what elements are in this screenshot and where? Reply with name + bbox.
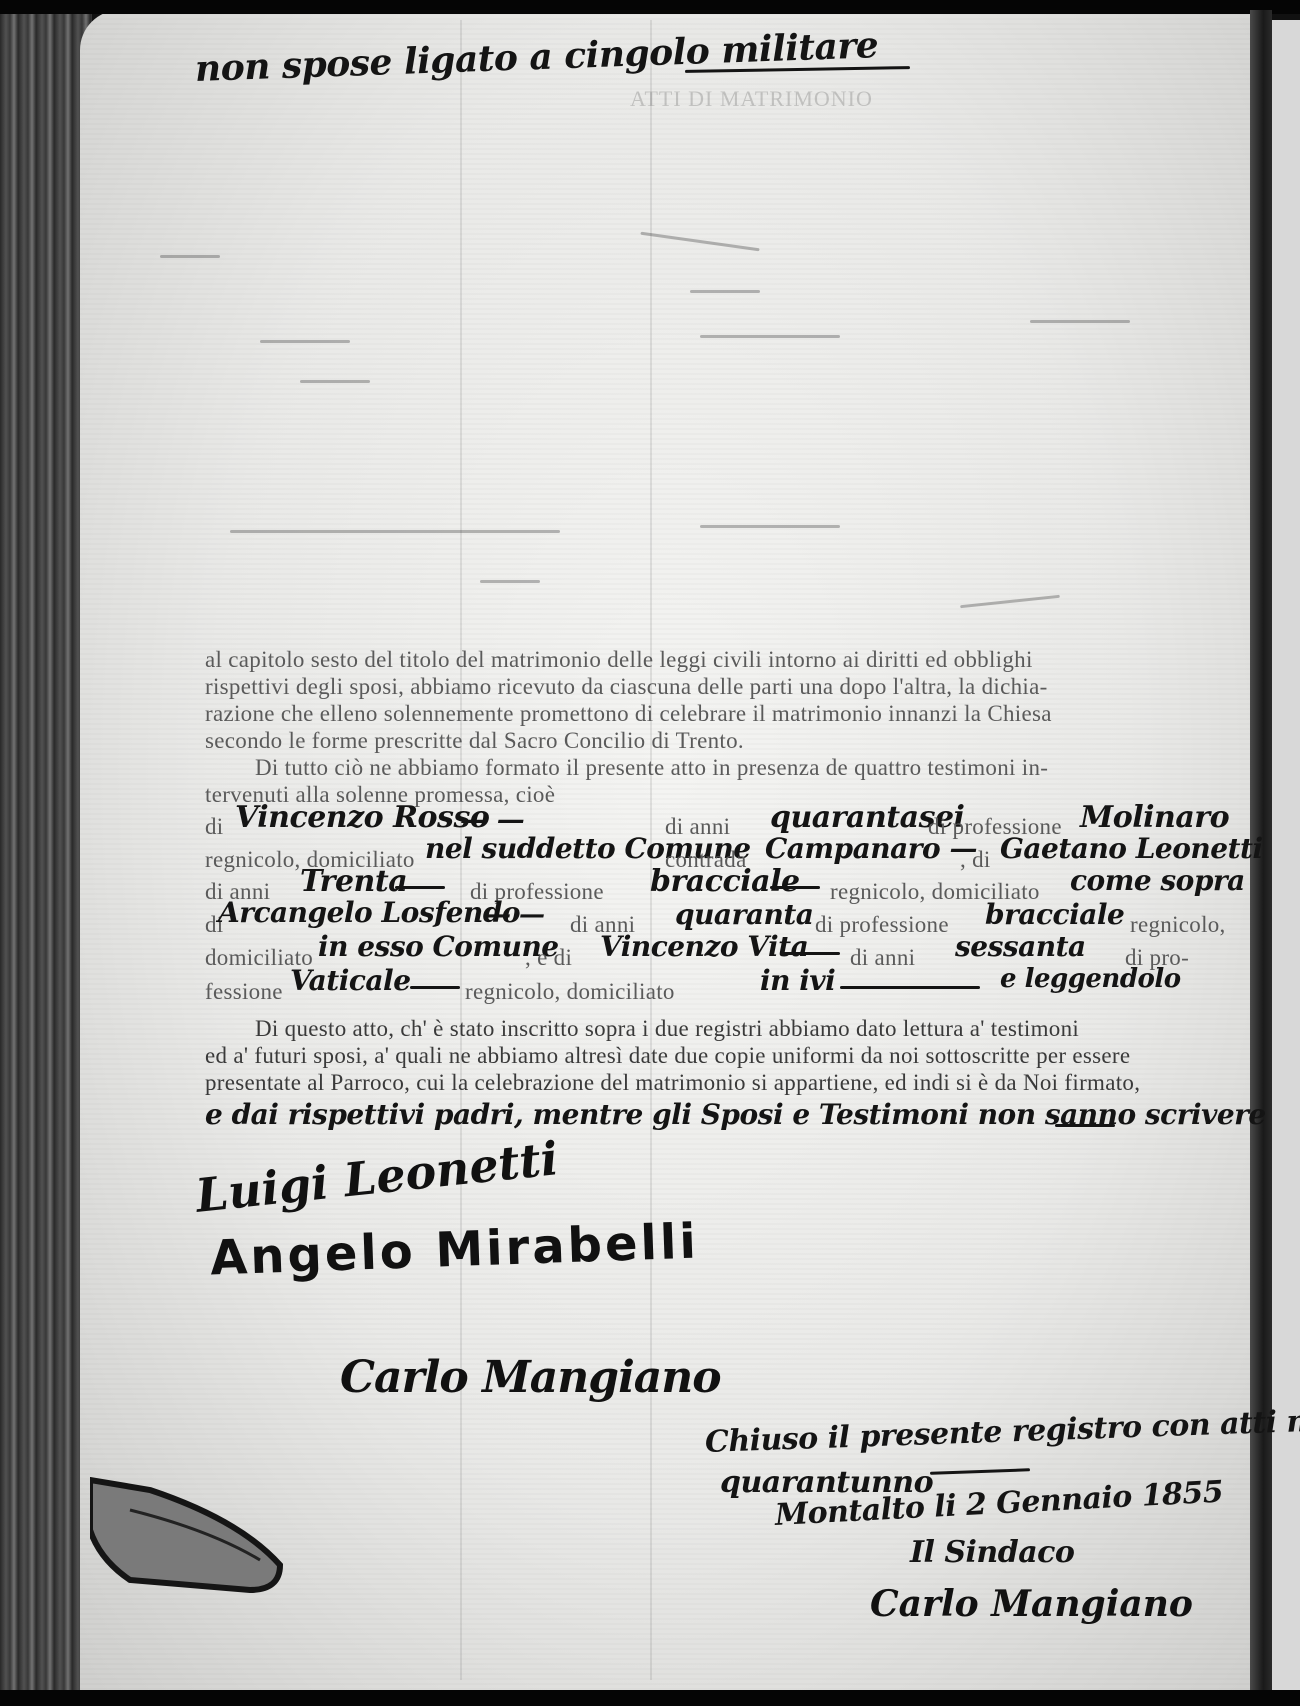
printed-label-professione: di professione: [815, 913, 949, 936]
scanned-register-page: non spose ligato a cingolo militare ATTI…: [0, 0, 1300, 1706]
printed-line-closing-2: ed a' futuri sposi, a' quali ne abbiamo …: [205, 1044, 1130, 1067]
witness1-name: Vincenzo Rosso: [235, 800, 489, 835]
printed-line-3: razione che elleno solennemente prometto…: [205, 702, 1052, 725]
ghost-mark: [480, 580, 540, 583]
witness3-name: Arcangelo Losfendo: [218, 896, 520, 929]
ghost-mark: [690, 290, 760, 293]
adjacent-page-edge: [1272, 20, 1300, 1706]
printed-label-fessione: fessione: [205, 980, 283, 1003]
witness2-profession: bracciale: [650, 864, 800, 899]
printed-label-di-anni: di anni: [850, 946, 915, 969]
ghost-mark: [260, 340, 350, 343]
ghost-mark: [700, 525, 840, 528]
witness4-profession: Vaticale: [290, 964, 411, 997]
printed-label-e-di: , e di: [525, 946, 572, 969]
signature-carlo-mangiano-sindaco: Carlo Mangiano: [870, 1583, 1193, 1625]
book-binding-gutter: [0, 0, 92, 1706]
ghost-mark: [160, 255, 220, 258]
printed-label-regnicolo: regnicolo,: [1130, 913, 1226, 936]
printed-label-domiciliato: regnicolo, domiciliato: [465, 980, 675, 1003]
ghost-mark: [700, 335, 840, 338]
witness2-name: Gaetano Leonetti: [1000, 832, 1263, 865]
witness1-contrada: Campanaro —: [765, 832, 977, 865]
dash-line: [840, 986, 980, 989]
dash-line: [780, 952, 840, 955]
ghost-mark: [300, 380, 370, 383]
dash-line: [1055, 1124, 1115, 1127]
dash: — —: [485, 900, 545, 930]
ghost-header: ATTI DI MATRIMONIO: [630, 86, 873, 112]
witness1-profession: Molinaro: [1080, 800, 1229, 835]
witness2-domicile: come sopra: [1070, 864, 1245, 897]
witness4-domicile: in ivi: [760, 964, 835, 997]
witness3-profession: bracciale: [985, 898, 1124, 931]
dash-line: [410, 986, 460, 989]
top-shadow: [0, 0, 1300, 14]
printed-label-di: di: [205, 815, 224, 838]
printed-line-2: rispettivi degli sposi, abbiamo ricevuto…: [205, 675, 1048, 698]
ghost-mark: [1030, 320, 1130, 323]
signature-carlo-mangiano: Carlo Mangiano: [340, 1352, 721, 1403]
witness4-age: sessanta: [955, 930, 1086, 963]
witness4-name: Vincenzo Vita: [600, 930, 808, 963]
page-clip-icon: [90, 1470, 290, 1620]
ghost-mark: [230, 530, 560, 533]
printed-line-4: secondo le forme prescritte dal Sacro Co…: [205, 729, 744, 752]
closing-note-title: Il Sindaco: [910, 1535, 1074, 1570]
witness3-age: quaranta: [675, 898, 813, 931]
dash-line: [395, 886, 445, 889]
printed-line-closing-3: presentate al Parroco, cui la celebrazio…: [205, 1071, 1140, 1094]
extra-note: e leggendolo: [1000, 964, 1181, 994]
bottom-shadow: [0, 1690, 1300, 1706]
printed-line-5: Di tutto ciò ne abbiamo formato il prese…: [255, 756, 1048, 779]
printed-line-closing-1: Di questo atto, ch' è stato inscritto so…: [255, 1017, 1079, 1040]
dash-line: [770, 886, 820, 889]
witness2-age: Trenta: [300, 864, 407, 899]
printed-line-1: al capitolo sesto del titolo del matrimo…: [205, 648, 1033, 671]
printed-label-di: , di: [960, 848, 991, 871]
witness3-domicile: in esso Comune: [318, 930, 559, 963]
